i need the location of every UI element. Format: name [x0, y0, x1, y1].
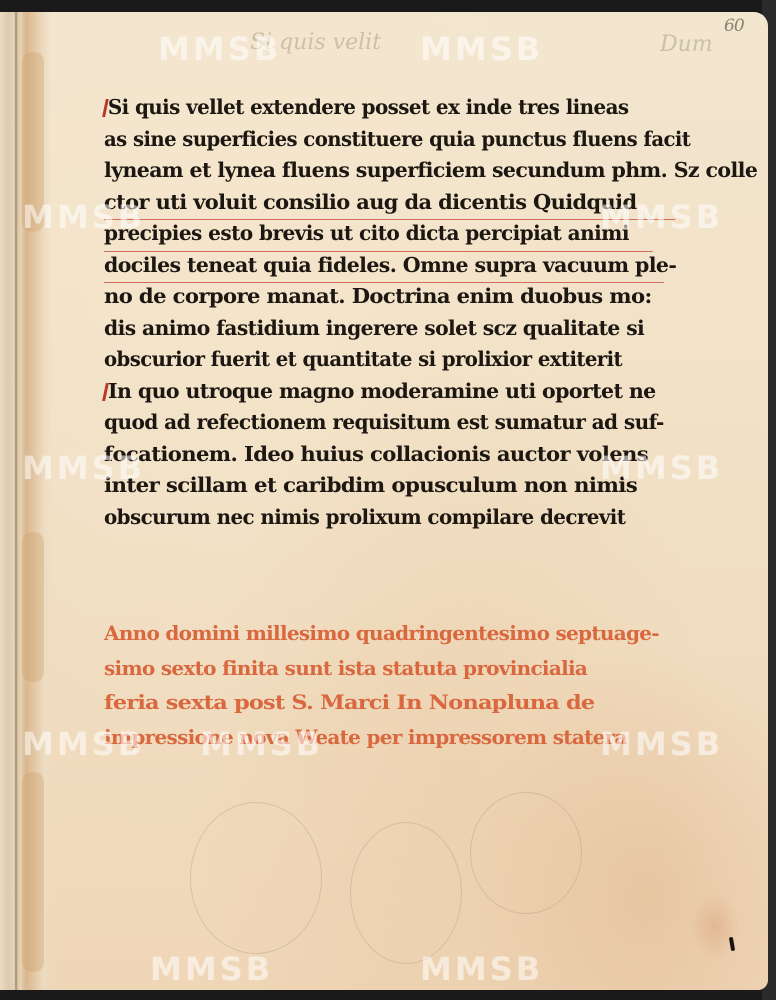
gutter-stain	[22, 532, 44, 682]
text-line: dis animo fastidium ingerere solet scz q…	[104, 313, 658, 345]
watermark: MMSB	[420, 950, 543, 988]
text-line: dociles teneat quia fideles. Omne supra …	[104, 250, 664, 282]
folio-number: 60	[724, 16, 744, 36]
text-line: obscurior fuerit et quantitate si prolix…	[104, 344, 642, 376]
page-gutter	[0, 12, 52, 990]
colophon-line: simo sexto finita sunt ista statuta prov…	[104, 651, 664, 686]
gutter-stain	[22, 772, 44, 972]
text-line: In quo utroque magno moderamine uti opor…	[104, 376, 664, 408]
text-line: precipies esto brevis ut cito dicta perc…	[104, 218, 653, 250]
paper-crease	[470, 792, 582, 914]
colophon-line: Anno domini millesimo quadringentesimo s…	[104, 616, 664, 651]
watermark: MMSB	[420, 30, 543, 68]
pencil-annotation: Dum	[660, 32, 713, 57]
paper-crease	[190, 802, 322, 954]
pencil-annotation: Si quis velit	[250, 30, 381, 55]
text-line: as sine superficies constituere quia pun…	[104, 124, 642, 156]
colophon-block: Anno domini millesimo quadringentesimo s…	[104, 616, 664, 754]
text-line: no de corpore manat. Doctrina enim duobu…	[104, 281, 681, 313]
paper-crease	[350, 822, 462, 964]
text-line: inter scillam et caribdim opusculum non …	[104, 470, 686, 502]
manuscript-page: 60 Si quis velit Dum Si quis vellet exte…	[0, 12, 768, 990]
scanned-page-viewer: 60 Si quis velit Dum Si quis vellet exte…	[0, 0, 776, 1000]
watermark: MMSB	[150, 950, 273, 988]
colophon-line: feria sexta post S. Marci In Nonapluna d…	[104, 685, 731, 720]
main-text-block: Si quis vellet extendere posset ex inde …	[104, 92, 664, 533]
foxing-stain	[690, 892, 740, 962]
text-line: quod ad refectionem requisitum est sumat…	[104, 407, 653, 439]
text-line: lyneam et lynea fluens superficiem secun…	[104, 155, 664, 187]
text-line: obscurum nec nimis prolixum compilare de…	[104, 502, 647, 534]
gutter-fold-line	[15, 12, 17, 990]
gutter-stain	[22, 52, 44, 232]
text-line: ctor uti voluit consilio aug da dicentis…	[104, 187, 675, 219]
text-line: focationem. Ideo huius collacionis aucto…	[104, 439, 681, 471]
text-line: Si quis vellet extendere posset ex inde …	[104, 92, 647, 124]
colophon-line: impressione nova Weate per impressorem s…	[104, 720, 664, 755]
